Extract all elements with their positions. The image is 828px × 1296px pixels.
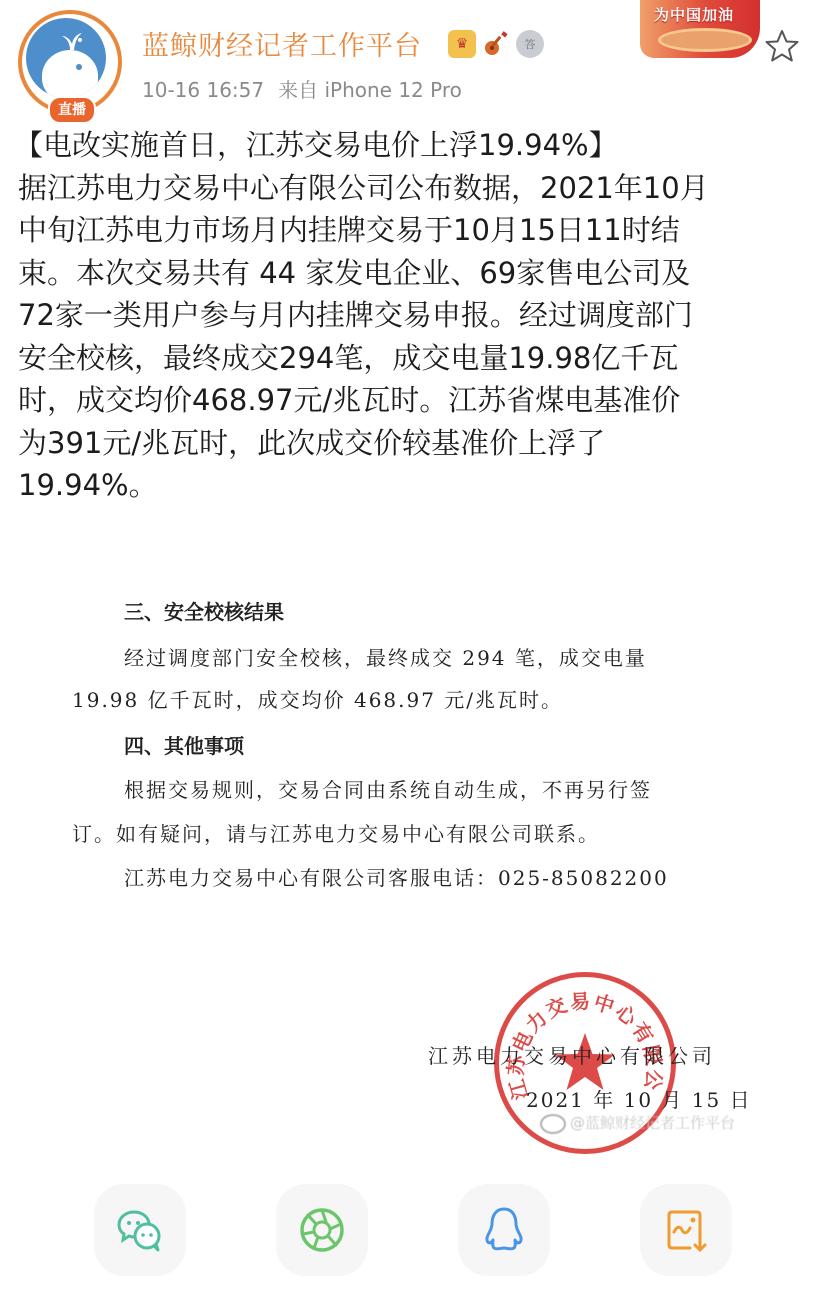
post-line: 为391元/兆瓦时，此次成交价较基准价上浮了	[18, 422, 810, 465]
post-title: 【电改实施首日，江苏交易电价上浮19.94%】	[14, 124, 810, 167]
section3-heading: 三、安全校核结果	[124, 596, 284, 625]
banner-text: 为中国加油	[654, 4, 734, 25]
qq-penguin-icon	[478, 1204, 530, 1256]
post-line: 19.94%。	[18, 464, 810, 507]
post-header: 直播 蓝鲸财经记者工作平台 ♛ 答 10-16 16:57来自 iPhone 1…	[0, 0, 828, 120]
post-line: 时，成交均价468.97元/兆瓦时。江苏省煤电基准价	[18, 379, 810, 422]
user-badges: ♛ 答	[448, 30, 544, 58]
guitar-badge-icon[interactable]	[482, 30, 510, 58]
doc-date: 2021 年 10 月 15 日	[526, 1084, 752, 1113]
post-line: 安全校核，最终成交294笔，成交电量19.98亿千瓦	[18, 337, 810, 380]
wechat-icon	[114, 1204, 166, 1256]
moments-aperture-icon	[296, 1204, 348, 1256]
share-bar	[0, 1176, 828, 1286]
post-source: 来自 iPhone 12 Pro	[278, 78, 462, 102]
share-wechat-button[interactable]	[94, 1184, 186, 1276]
live-badge: 直播	[48, 96, 96, 124]
save-image-icon	[660, 1204, 712, 1256]
post-meta: 10-16 16:57来自 iPhone 12 Pro	[142, 74, 462, 103]
post-line: 中旬江苏电力市场月内挂牌交易于10月15日11时结	[18, 209, 810, 252]
stadium-icon	[658, 28, 752, 52]
whale-logo-icon	[26, 18, 106, 98]
post-content: 【电改实施首日，江苏交易电价上浮19.94%】 据江苏电力交易中心有限公司公布数…	[18, 124, 810, 507]
post-line: 据江苏电力交易中心有限公司公布数据，2021年10月	[18, 167, 810, 210]
post-line: 72家一类用户参与月内挂牌交易申报。经过调度部门	[18, 294, 810, 337]
weibo-logo-icon	[540, 1114, 566, 1134]
user-name[interactable]: 蓝鲸财经记者工作平台	[142, 24, 422, 63]
share-qq-button[interactable]	[458, 1184, 550, 1276]
weibo-watermark: @蓝鲸财经记者工作平台	[540, 1112, 735, 1134]
save-image-button[interactable]	[640, 1184, 732, 1276]
avatar[interactable]: 直播	[18, 10, 122, 114]
doc-line: 江苏电力交易中心有限公司客服电话：025-85082200	[124, 862, 669, 891]
medal-badge-icon[interactable]: 答	[516, 30, 544, 58]
doc-line: 根据交易规则，交易合同由系统自动生成，不再另行签	[124, 774, 652, 803]
crown-badge-icon[interactable]: ♛	[448, 30, 476, 58]
cheer-china-banner[interactable]: 为中国加油	[640, 0, 760, 58]
section4-heading: 四、其他事项	[124, 730, 244, 759]
doc-line: 订。如有疑问，请与江苏电力交易中心有限公司联系。	[72, 818, 600, 847]
doc-line: 经过调度部门安全校核，最终成交 294 笔，成交电量	[124, 642, 647, 671]
doc-signature: 江苏电力交易中心有限公司	[428, 1040, 716, 1069]
post-line: 束。本次交易共有 44 家发电企业、69家售电公司及	[18, 252, 810, 295]
document-image[interactable]: 三、安全校核结果 经过调度部门安全校核，最终成交 294 笔，成交电量 19.9…	[0, 560, 828, 1160]
post-timestamp: 10-16 16:57	[142, 78, 264, 102]
share-moments-button[interactable]	[276, 1184, 368, 1276]
favorite-star-icon[interactable]	[764, 28, 800, 64]
doc-line: 19.98 亿千瓦时，成交均价 468.97 元/兆瓦时。	[72, 684, 563, 713]
